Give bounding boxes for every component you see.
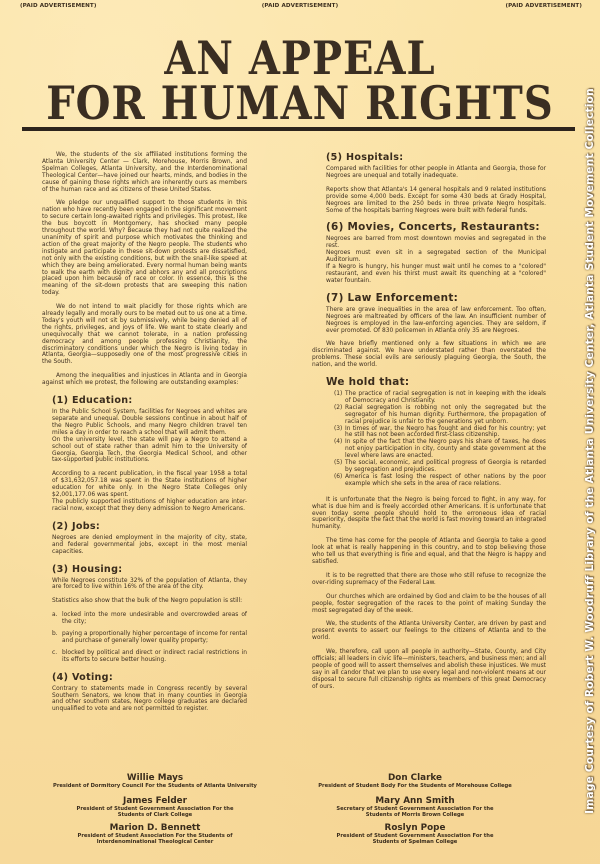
- law-text: There are grave inequalities in the area…: [326, 307, 546, 335]
- signature-block: Don Clarke President of Student Body For…: [305, 773, 525, 789]
- jobs-heading: (2) Jobs:: [52, 521, 247, 532]
- hospitals-text: Compared with facilities for other peopl…: [326, 166, 546, 180]
- signatory-name: Roslyn Pope: [330, 823, 500, 833]
- pledge-paragraph: We pledge our unqualified support to tho…: [42, 200, 247, 297]
- housing-item: b. paying a proportionally higher percen…: [52, 631, 247, 645]
- item-key: (1): [334, 391, 345, 405]
- housing-item: c. blocked by political and direct or in…: [52, 650, 247, 664]
- signature-block: Marion D. Bennett President of Student A…: [60, 823, 250, 845]
- we-hold-item: (6)America is fast losing the respect of…: [334, 474, 546, 488]
- we-hold-item: (4)In spite of the fact that the Negro p…: [334, 439, 546, 460]
- we-hold-item: (5)The social, economic, and political p…: [334, 460, 546, 474]
- item-key: a.: [52, 612, 62, 626]
- item-text: America is fast losing the respect of ot…: [345, 474, 546, 488]
- voting-text: Contrary to statements made in Congress …: [52, 686, 247, 714]
- housing-item: a. locked into the more undesirable and …: [52, 612, 247, 626]
- we-hold-item: (2)Racial segregation is robbing not onl…: [334, 405, 546, 426]
- jobs-text: Negroes are denied employment in the maj…: [52, 535, 247, 556]
- movies-text: If a Negro is hungry, his hunger must wa…: [326, 264, 546, 285]
- education-heading: (1) Education:: [52, 395, 247, 406]
- we-hold-heading: We hold that:: [326, 377, 546, 388]
- education-section: In the Public School System, facilities …: [52, 409, 247, 513]
- inequalities-paragraph: Among the inequalities and injustices in…: [42, 373, 247, 387]
- item-key: (6): [334, 474, 345, 488]
- law-heading: (7) Law Enforcement:: [326, 293, 546, 304]
- movies-text: Negroes must even sit in a segregated se…: [326, 250, 546, 264]
- signature-block: James Felder President of Student Govern…: [70, 796, 240, 818]
- signatory-name: Marion D. Bennett: [60, 823, 250, 833]
- left-column: We, the students of the six affiliated i…: [52, 152, 247, 720]
- signatory-role: President of Student Association For the…: [60, 833, 250, 845]
- right-column: (5) Hospitals: Compared with facilities …: [326, 152, 546, 698]
- closing-paragraph: The time has come for the people of Atla…: [312, 538, 546, 566]
- briefly-paragraph: We have briefly mentioned only a few sit…: [312, 341, 546, 369]
- item-key: b.: [52, 631, 62, 645]
- we-hold-list: (1)The practice of racial segregation is…: [334, 391, 546, 488]
- signatory-role: President of Dormitory Council For the S…: [40, 783, 270, 789]
- intro-paragraph: We, the students of the six affiliated i…: [42, 152, 247, 193]
- image-credit-watermark: Image Courtesy of Robert W. Woodruff Lib…: [582, 40, 598, 862]
- item-text: blocked by political and direct or indir…: [62, 650, 247, 664]
- closing-paragraph: It is to be regretted that there are tho…: [312, 573, 546, 587]
- housing-text: Statistics also show that the bulk of th…: [52, 598, 247, 605]
- signatory-role: President of Student Government Associat…: [330, 833, 500, 845]
- voting-heading: (4) Voting:: [52, 672, 247, 683]
- education-text: According to a recent publication, in th…: [52, 471, 247, 499]
- housing-text: While Negroes constitute 32% of the popu…: [52, 578, 247, 592]
- signatory-name: Don Clarke: [305, 773, 525, 783]
- signature-block: Roslyn Pope President of Student Governm…: [330, 823, 500, 845]
- item-text: In spite of the fact that the Negro pays…: [345, 439, 546, 460]
- item-text: In times of war, the Negro has fought an…: [345, 426, 546, 440]
- item-key: (2): [334, 405, 345, 426]
- headline-divider: [22, 127, 575, 131]
- item-text: The practice of racial segregation is no…: [345, 391, 546, 405]
- education-text: On the university level, the state will …: [52, 437, 247, 465]
- signatory-name: James Felder: [70, 796, 240, 806]
- movies-text: Negroes are barred from most downtown mo…: [326, 236, 546, 250]
- item-key: (4): [334, 439, 345, 460]
- item-key: (5): [334, 460, 345, 474]
- closing-paragraph: Our churches which are ordained by God a…: [312, 594, 546, 615]
- headline-line-1: AN APPEAL: [0, 36, 600, 82]
- paid-advertisement-label-right: (PAID ADVERTISEMENT): [505, 3, 582, 9]
- item-key: c.: [52, 650, 62, 664]
- signatory-name: Willie Mays: [40, 773, 270, 783]
- closing-paragraph: We, therefore, call upon all people in a…: [312, 649, 546, 690]
- image-credit-text: Image Courtesy of Robert W. Woodruff Lib…: [584, 88, 596, 814]
- signatory-role: President of Student Body For the Studen…: [305, 783, 525, 789]
- closing-paragraph: We, the students of the Atlanta Universi…: [312, 621, 546, 642]
- movies-heading: (6) Movies, Concerts, Restaurants:: [326, 222, 546, 233]
- headline-line-2: FOR HUMAN RIGHTS: [0, 81, 600, 127]
- item-text: paying a proportionally higher percentag…: [62, 631, 247, 645]
- signatory-role: President of Student Government Associat…: [70, 806, 240, 818]
- we-hold-item: (1)The practice of racial segregation is…: [334, 391, 546, 405]
- hospitals-heading: (5) Hospitals:: [326, 152, 546, 163]
- housing-heading: (3) Housing:: [52, 564, 247, 575]
- item-text: The social, economic, and political prog…: [345, 460, 546, 474]
- item-key: (3): [334, 426, 345, 440]
- we-hold-item: (3)In times of war, the Negro has fought…: [334, 426, 546, 440]
- signature-block: Willie Mays President of Dormitory Counc…: [40, 773, 270, 789]
- item-text: Racial segregation is robbing not only t…: [345, 405, 546, 426]
- education-text: The publicly supported institutions of h…: [52, 499, 247, 513]
- wait-paragraph: We do not intend to wait placidly for th…: [42, 304, 247, 366]
- item-text: locked into the more undesirable and ove…: [62, 612, 247, 626]
- hospitals-text: Reports show that Atlanta's 14 general h…: [326, 187, 546, 215]
- signature-block: Mary Ann Smith Secretary of Student Gove…: [330, 796, 500, 818]
- education-text: In the Public School System, facilities …: [52, 409, 247, 437]
- signatory-name: Mary Ann Smith: [330, 796, 500, 806]
- closing-paragraph: It is unfortunate that the Negro is bein…: [312, 497, 546, 532]
- signatory-role: Secretary of Student Government Associat…: [330, 806, 500, 818]
